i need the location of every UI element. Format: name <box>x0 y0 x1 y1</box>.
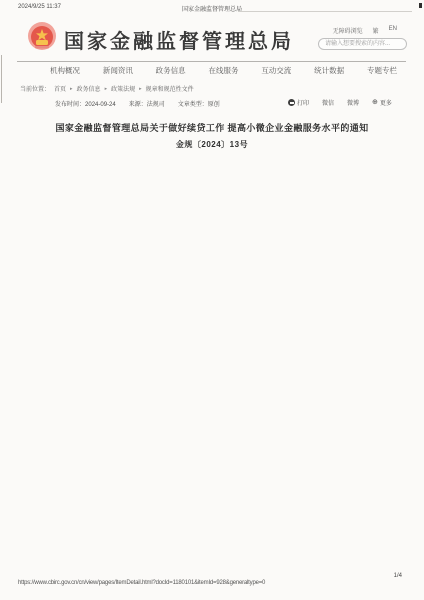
nav-item-news[interactable]: 新闻资讯 <box>103 65 133 76</box>
weibo-share-button[interactable]: 微博 <box>347 98 359 107</box>
english-link[interactable]: EN <box>389 26 397 35</box>
breadcrumb-separator-icon: ▸ <box>139 86 142 92</box>
nav-item-interaction[interactable]: 互动交流 <box>261 65 291 76</box>
wechat-share-button[interactable]: 微信 <box>322 98 334 107</box>
breadcrumb-label: 当前位置： <box>20 84 50 93</box>
breadcrumb-item-home[interactable]: 首页 <box>54 84 66 93</box>
nav-item-online-service[interactable]: 在线服务 <box>208 65 238 76</box>
nav-item-gov-info[interactable]: 政务信息 <box>156 65 186 76</box>
print-header-rule <box>238 11 412 12</box>
accessibility-link[interactable]: 无障碍浏览 <box>333 26 363 35</box>
plus-circle-icon <box>372 99 378 106</box>
document-number: 金规〔2024〕13号 <box>0 139 424 150</box>
more-button[interactable]: 更多 <box>372 98 392 107</box>
print-button[interactable]: 打印 <box>288 98 309 107</box>
scan-artifact-edge <box>1 55 2 103</box>
breadcrumb-separator-icon: ▸ <box>105 86 108 92</box>
publish-date: 发布时间：2024-09-24 <box>55 99 116 108</box>
nav-top-border <box>17 61 406 62</box>
page-indicator: 1/4 <box>394 573 402 579</box>
article-title: 国家金融监督管理总局关于做好续贷工作 提高小微企业金融服务水平的通知 <box>30 123 394 135</box>
main-nav: 机构概况 新闻资讯 政务信息 在线服务 互动交流 统计数据 专题专栏 <box>50 65 397 76</box>
breadcrumb: 当前位置： 首页 ▸ 政务信息 ▸ 政策法规 ▸ 规章和规范性文件 <box>20 84 194 93</box>
search-input[interactable] <box>318 38 407 50</box>
article-meta: 发布时间：2024-09-24 来源：法规司 文章类型：原创 <box>55 99 220 108</box>
traditional-chinese-link[interactable]: 繁 <box>373 26 379 35</box>
print-footer-url: https://www.cbirc.gov.cn/cn/view/pages/I… <box>18 580 265 586</box>
breadcrumb-item-policy[interactable]: 政策法规 <box>111 84 135 93</box>
article-type: 文章类型：原创 <box>178 99 220 108</box>
breadcrumb-item-gov-info[interactable]: 政务信息 <box>77 84 101 93</box>
printer-icon <box>288 99 295 106</box>
site-title: 国家金融监督管理总局 <box>64 25 294 54</box>
article-actions: 打印 微信 微博 更多 <box>288 98 392 107</box>
nav-item-institution[interactable]: 机构概况 <box>50 65 80 76</box>
national-emblem-icon <box>26 21 58 55</box>
header-utility-links: 无障碍浏览 繁 EN <box>333 26 397 35</box>
article-source: 来源：法规司 <box>129 99 165 108</box>
nav-item-special-topics[interactable]: 专题专栏 <box>367 65 397 76</box>
nav-item-statistics[interactable]: 统计数据 <box>314 65 344 76</box>
print-preview-page: 2024/9/25 11:37 国家金融监督管理总局 国家金融监督管理总局 无障… <box>0 0 424 600</box>
scan-artifact-speck <box>419 3 422 8</box>
breadcrumb-item-regulatory-docs[interactable]: 规章和规范性文件 <box>146 84 194 93</box>
breadcrumb-separator-icon: ▸ <box>70 86 73 92</box>
